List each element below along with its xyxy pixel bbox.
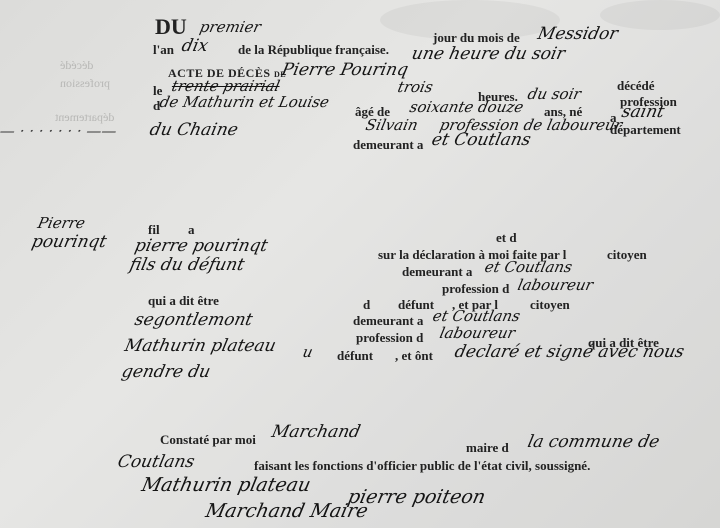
label-profession-d: profession d bbox=[442, 281, 509, 297]
handwritten-time: une heure du soir bbox=[410, 44, 567, 64]
handwritten-residence: et Coutlans bbox=[430, 130, 533, 150]
label-constate-par-moi: Constaté par moi bbox=[160, 432, 256, 448]
handwritten-hour: trois bbox=[396, 78, 435, 96]
signature-maire: Marchand Maire bbox=[204, 500, 370, 522]
death-record-page: décédé profession département — · · · · … bbox=[0, 0, 720, 528]
handwritten-day: premier bbox=[198, 18, 263, 36]
handwritten-parents: de Mathurin et Louise bbox=[158, 93, 331, 111]
margin-name-2: pourinqt bbox=[30, 232, 109, 252]
label-et-d: et d bbox=[496, 230, 517, 246]
label-demeurant-a: demeurant a bbox=[353, 137, 423, 153]
label-demeurant-a-3: demeurant a bbox=[353, 313, 423, 329]
handwritten-declarant1-profession: laboureur bbox=[516, 276, 595, 294]
label-faisant-fonctions: faisant les fonctions d'officier public … bbox=[254, 458, 590, 474]
label-citoyen-2: citoyen bbox=[530, 297, 570, 313]
label-qui-a-dit-etre: qui a dit être bbox=[148, 293, 219, 309]
label-lan: l'an bbox=[153, 42, 174, 58]
handwritten-declarant2-profession: laboureur bbox=[438, 324, 517, 342]
bleed-through-text: profession bbox=[60, 76, 110, 91]
handwritten-department: du Chaine bbox=[148, 120, 240, 140]
handwritten-year: dix bbox=[180, 36, 210, 56]
handwritten-month: Messidor bbox=[536, 24, 620, 44]
label-decede: décédé bbox=[617, 78, 655, 94]
label-et-ont: , et ônt bbox=[395, 348, 433, 364]
handwritten-hour-period: du soir bbox=[526, 85, 583, 103]
label-demeurant-a-2: demeurant a bbox=[402, 264, 472, 280]
label-profession-d-2: profession d bbox=[356, 330, 423, 346]
handwritten-birthplace: saint bbox=[620, 102, 666, 122]
handwritten-father-note: fils du défunt bbox=[128, 255, 246, 275]
handwritten-declarant2-relation: gendre du bbox=[120, 362, 212, 382]
handwritten-declarant1-residence: et Coutlans bbox=[483, 258, 574, 276]
handwritten-commune-name: Coutlans bbox=[116, 452, 197, 472]
handwritten-father: pierre pourinqt bbox=[133, 236, 270, 256]
margin-name-1: Pierre bbox=[36, 214, 87, 232]
handwritten-deceased-name: Pierre Pourinq bbox=[280, 60, 410, 80]
label-departement: département bbox=[610, 122, 681, 138]
handwritten-declarant2-residence: et Coutlans bbox=[431, 307, 522, 325]
label-republique: de la République française. bbox=[238, 42, 389, 58]
bleed-through-text: décédé bbox=[60, 58, 93, 73]
handwritten-officer: Marchand bbox=[270, 422, 362, 442]
handwritten-declarant2-suffix: u bbox=[301, 343, 314, 361]
handwritten-signed-note: declaré et signé avec nous bbox=[453, 342, 686, 362]
label-d-defunt: d bbox=[363, 297, 370, 313]
handwritten-commune: la commune de bbox=[526, 432, 662, 452]
handwritten-age: soixante douze bbox=[408, 98, 525, 116]
handwritten-declarant2-name: Mathurin plateau bbox=[123, 336, 278, 356]
bleed-through-handwriting: — · · · · · · · —— bbox=[0, 122, 118, 140]
label-defunt: défunt bbox=[398, 297, 434, 313]
label-maire-d: maire d bbox=[466, 440, 509, 456]
signature-declarant: Mathurin plateau bbox=[140, 474, 313, 496]
label-citoyen: citoyen bbox=[607, 247, 647, 263]
header-du: DU bbox=[155, 14, 187, 40]
handwritten-relation: segontlemont bbox=[133, 310, 255, 330]
label-defunt-2: défunt bbox=[337, 348, 373, 364]
handwritten-birthplace-2: Silvain bbox=[364, 116, 420, 134]
